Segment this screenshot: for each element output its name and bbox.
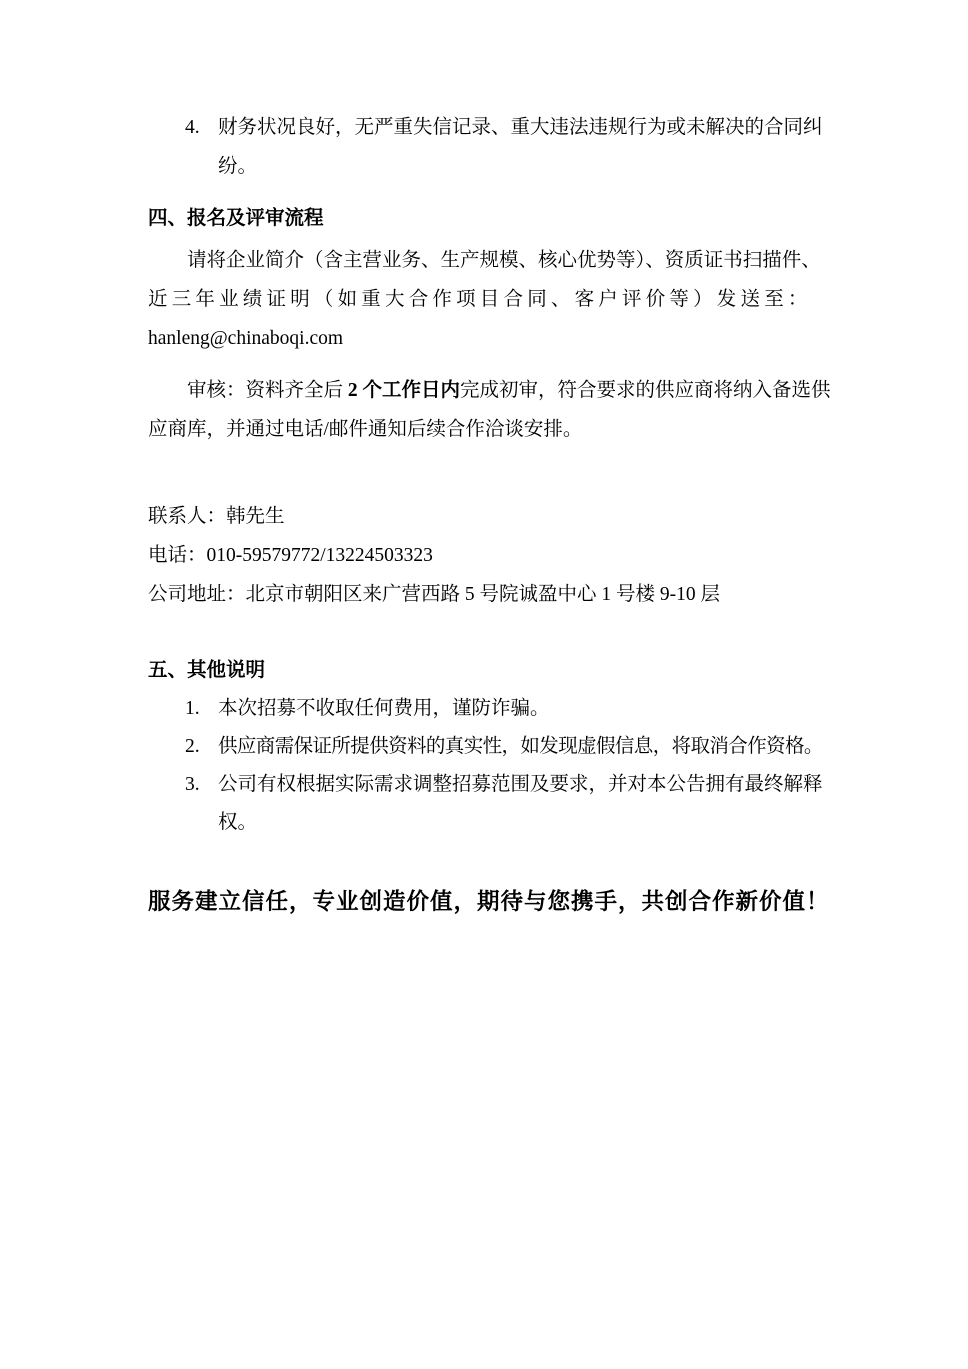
list-item-number: 1. bbox=[185, 690, 218, 728]
contact-block: 联系人：韩先生 电话：010-59579772/13224503323 公司地址… bbox=[148, 497, 828, 614]
list-item-number: 3. bbox=[185, 766, 218, 804]
list-item-text: 公司有权根据实际需求调整招募范围及要求，并对本公告拥有最终解释 bbox=[218, 766, 823, 804]
contact-address: 公司地址：北京市朝阳区来广营西路 5 号院诚盈中心 1 号楼 9-10 层 bbox=[148, 575, 828, 614]
section5-heading: 五、其他说明 bbox=[148, 652, 828, 690]
closing-slogan: 服务建立信任，专业创造价值，期待与您携手，共创合作新价值！ bbox=[148, 882, 828, 921]
list-item-continuation: 纷。 bbox=[148, 147, 828, 186]
list-item-text: 财务状况良好，无严重失信记录、重大违法违规行为或未解决的合同纠 bbox=[218, 108, 823, 147]
document-content: 4. 财务状况良好，无严重失信记录、重大违法违规行为或未解决的合同纠 纷。 四、… bbox=[0, 0, 968, 921]
list-item-continuation: 权。 bbox=[148, 804, 828, 842]
list-item: 4. 财务状况良好，无严重失信记录、重大违法违规行为或未解决的合同纠 bbox=[148, 108, 828, 147]
document-page: 4. 财务状况良好，无严重失信记录、重大违法违规行为或未解决的合同纠 纷。 四、… bbox=[0, 0, 968, 1369]
list-item-text: 供应商需保证所提供资料的真实性，如发现虚假信息，将取消合作资格。 bbox=[218, 728, 823, 766]
review-paragraph: 审核：资料齐全后 2 个工作日内完成初审，符合要求的供应商将纳入备选供 应商库，… bbox=[148, 371, 828, 449]
contact-phone: 电话：010-59579772/13224503323 bbox=[148, 536, 828, 575]
list-item: 3. 公司有权根据实际需求调整招募范围及要求，并对本公告拥有最终解释 bbox=[148, 766, 828, 804]
review-line-1-post: 完成初审，符合要求的供应商将纳入备选供 bbox=[460, 380, 831, 401]
list-item: 1. 本次招募不收取任何费用，谨防诈骗。 bbox=[148, 690, 828, 728]
section4-heading: 四、报名及评审流程 bbox=[148, 199, 828, 238]
review-line-1-pre: 审核：资料齐全后 bbox=[187, 380, 348, 401]
list-item-number: 4. bbox=[185, 108, 218, 147]
list-item: 2. 供应商需保证所提供资料的真实性，如发现虚假信息，将取消合作资格。 bbox=[148, 728, 828, 766]
apply-line-2: 近三年业绩证明（如重大合作项目合同、客户评价等）发送至： bbox=[148, 280, 828, 319]
apply-paragraph: 请将企业简介（含主营业务、生产规模、核心优势等）、资质证书扫描件、 近三年业绩证… bbox=[148, 241, 828, 358]
contact-person: 联系人：韩先生 bbox=[148, 497, 828, 536]
review-line-1: 审核：资料齐全后 2 个工作日内完成初审，符合要求的供应商将纳入备选供 bbox=[148, 371, 828, 410]
list-item-number: 2. bbox=[185, 728, 218, 766]
qualification-item-4: 4. 财务状况良好，无严重失信记录、重大违法违规行为或未解决的合同纠 纷。 bbox=[148, 108, 828, 186]
other-notes-list: 1. 本次招募不收取任何费用，谨防诈骗。 2. 供应商需保证所提供资料的真实性，… bbox=[148, 690, 828, 842]
apply-line-1: 请将企业简介（含主营业务、生产规模、核心优势等）、资质证书扫描件、 bbox=[148, 241, 828, 280]
review-deadline-bold: 2 个工作日内 bbox=[348, 380, 460, 401]
contact-email-text: hanleng@chinaboqi.com bbox=[148, 319, 828, 358]
review-line-2: 应商库，并通过电话/邮件通知后续合作洽谈安排。 bbox=[148, 410, 828, 449]
list-item-text: 本次招募不收取任何费用，谨防诈骗。 bbox=[218, 690, 550, 728]
